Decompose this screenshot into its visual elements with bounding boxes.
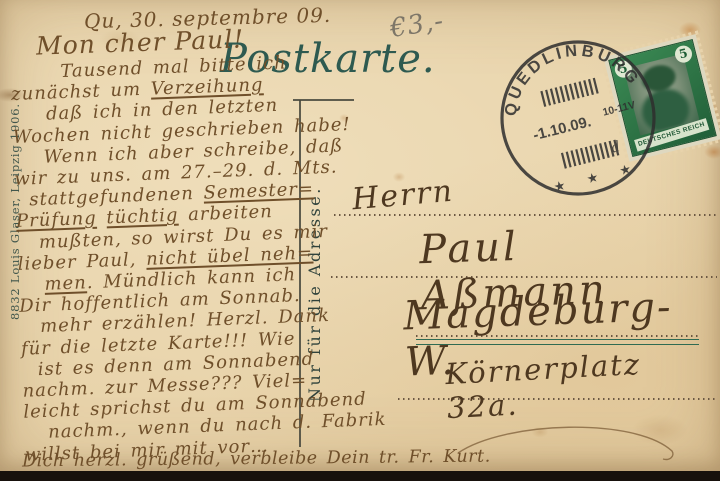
address-recipient-salutation: Herrn: [351, 174, 456, 218]
message-block: Tausend mal bitte ichzunächst um Verzeih…: [10, 50, 365, 466]
underlined-word: men: [44, 272, 87, 295]
pencil-price-note: €3,-: [388, 6, 446, 44]
pen-flourish: [450, 413, 685, 465]
underlined-word: tüchtig: [106, 205, 179, 229]
underlined-word: Semester=: [203, 179, 314, 204]
message-closing: Dich herzl. grüßend, verbleibe Dein tr. …: [22, 447, 491, 472]
underlined-word: Prüfung: [16, 208, 97, 232]
postmark-hatch-top: [541, 78, 597, 107]
postmark-date: -1.10.09.: [531, 113, 593, 144]
postcard-scan-photo: { "colors": { "paper": "#e8d3aa", "print…: [0, 0, 720, 481]
postmark-index-letter: d: [609, 138, 622, 157]
postmark-time: 10-11V: [601, 99, 636, 119]
postcard: Postkarte. 8832 Louis Glaser, Leipzig 19…: [0, 0, 720, 471]
